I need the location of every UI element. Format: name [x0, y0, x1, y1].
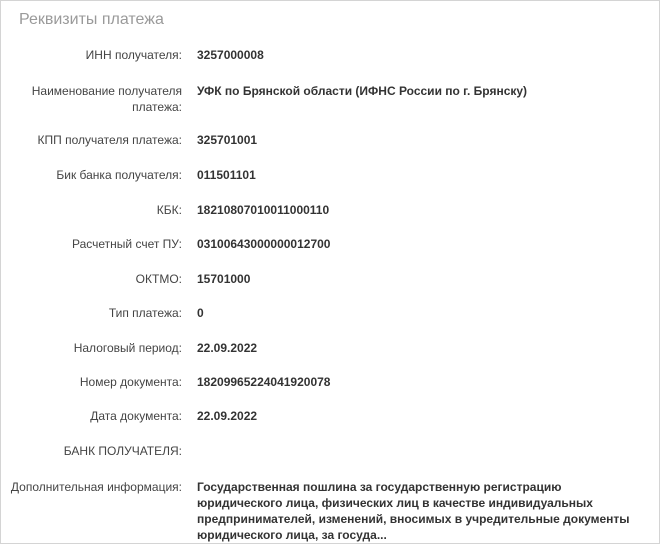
field-row-account: Расчетный счет ПУ: 03100643000000012700	[1, 236, 659, 252]
field-label: Бик банка получателя:	[1, 167, 182, 183]
field-label: Дополнительная информация:	[1, 479, 182, 543]
field-value: 15701000	[197, 271, 647, 287]
field-value	[197, 443, 647, 459]
field-row-kpp: КПП получателя платежа: 325701001	[1, 132, 659, 148]
field-row-recipient-name: Наименование получателя платежа: УФК по …	[1, 83, 659, 115]
field-label: Дата документа:	[1, 408, 182, 424]
field-value: 18209965224041920078	[197, 374, 647, 390]
field-value: 22.09.2022	[197, 340, 647, 356]
field-label: КПП получателя платежа:	[1, 132, 182, 148]
payment-details-panel: Реквизиты платежа ИНН получателя: 325700…	[0, 0, 660, 544]
field-row-document-number: Номер документа: 18209965224041920078	[1, 374, 659, 390]
field-label: Налоговый период:	[1, 340, 182, 356]
field-label: Наименование получателя платежа:	[1, 83, 182, 115]
field-label: ОКТМО:	[1, 271, 182, 287]
field-value: 0	[197, 305, 647, 321]
field-value: 18210807010011000110	[197, 202, 647, 218]
field-label: Тип платежа:	[1, 305, 182, 321]
field-value: УФК по Брянской области (ИФНС России по …	[197, 83, 647, 115]
field-row-kbk: КБК: 18210807010011000110	[1, 202, 659, 218]
field-row-bik: Бик банка получателя: 011501101	[1, 167, 659, 183]
field-row-document-date: Дата документа: 22.09.2022	[1, 408, 659, 424]
field-value: 325701001	[197, 132, 647, 148]
field-value: 03100643000000012700	[197, 236, 647, 252]
field-row-tax-period: Налоговый период: 22.09.2022	[1, 340, 659, 356]
section-title: Реквизиты платежа	[19, 11, 164, 29]
field-label: КБК:	[1, 202, 182, 218]
field-row-recipient-bank: БАНК ПОЛУЧАТЕЛЯ:	[1, 443, 659, 459]
field-value: 011501101	[197, 167, 647, 183]
field-value: 3257000008	[197, 47, 647, 63]
field-value: Государственная пошлина за государственн…	[197, 479, 647, 543]
field-label: Номер документа:	[1, 374, 182, 390]
field-row-payment-type: Тип платежа: 0	[1, 305, 659, 321]
field-row-inn: ИНН получателя: 3257000008	[1, 47, 659, 63]
field-label: Расчетный счет ПУ:	[1, 236, 182, 252]
field-label: БАНК ПОЛУЧАТЕЛЯ:	[1, 443, 182, 459]
field-label: ИНН получателя:	[1, 47, 182, 63]
field-row-oktmo: ОКТМО: 15701000	[1, 271, 659, 287]
field-value: 22.09.2022	[197, 408, 647, 424]
field-row-additional-info: Дополнительная информация: Государственн…	[1, 479, 659, 543]
